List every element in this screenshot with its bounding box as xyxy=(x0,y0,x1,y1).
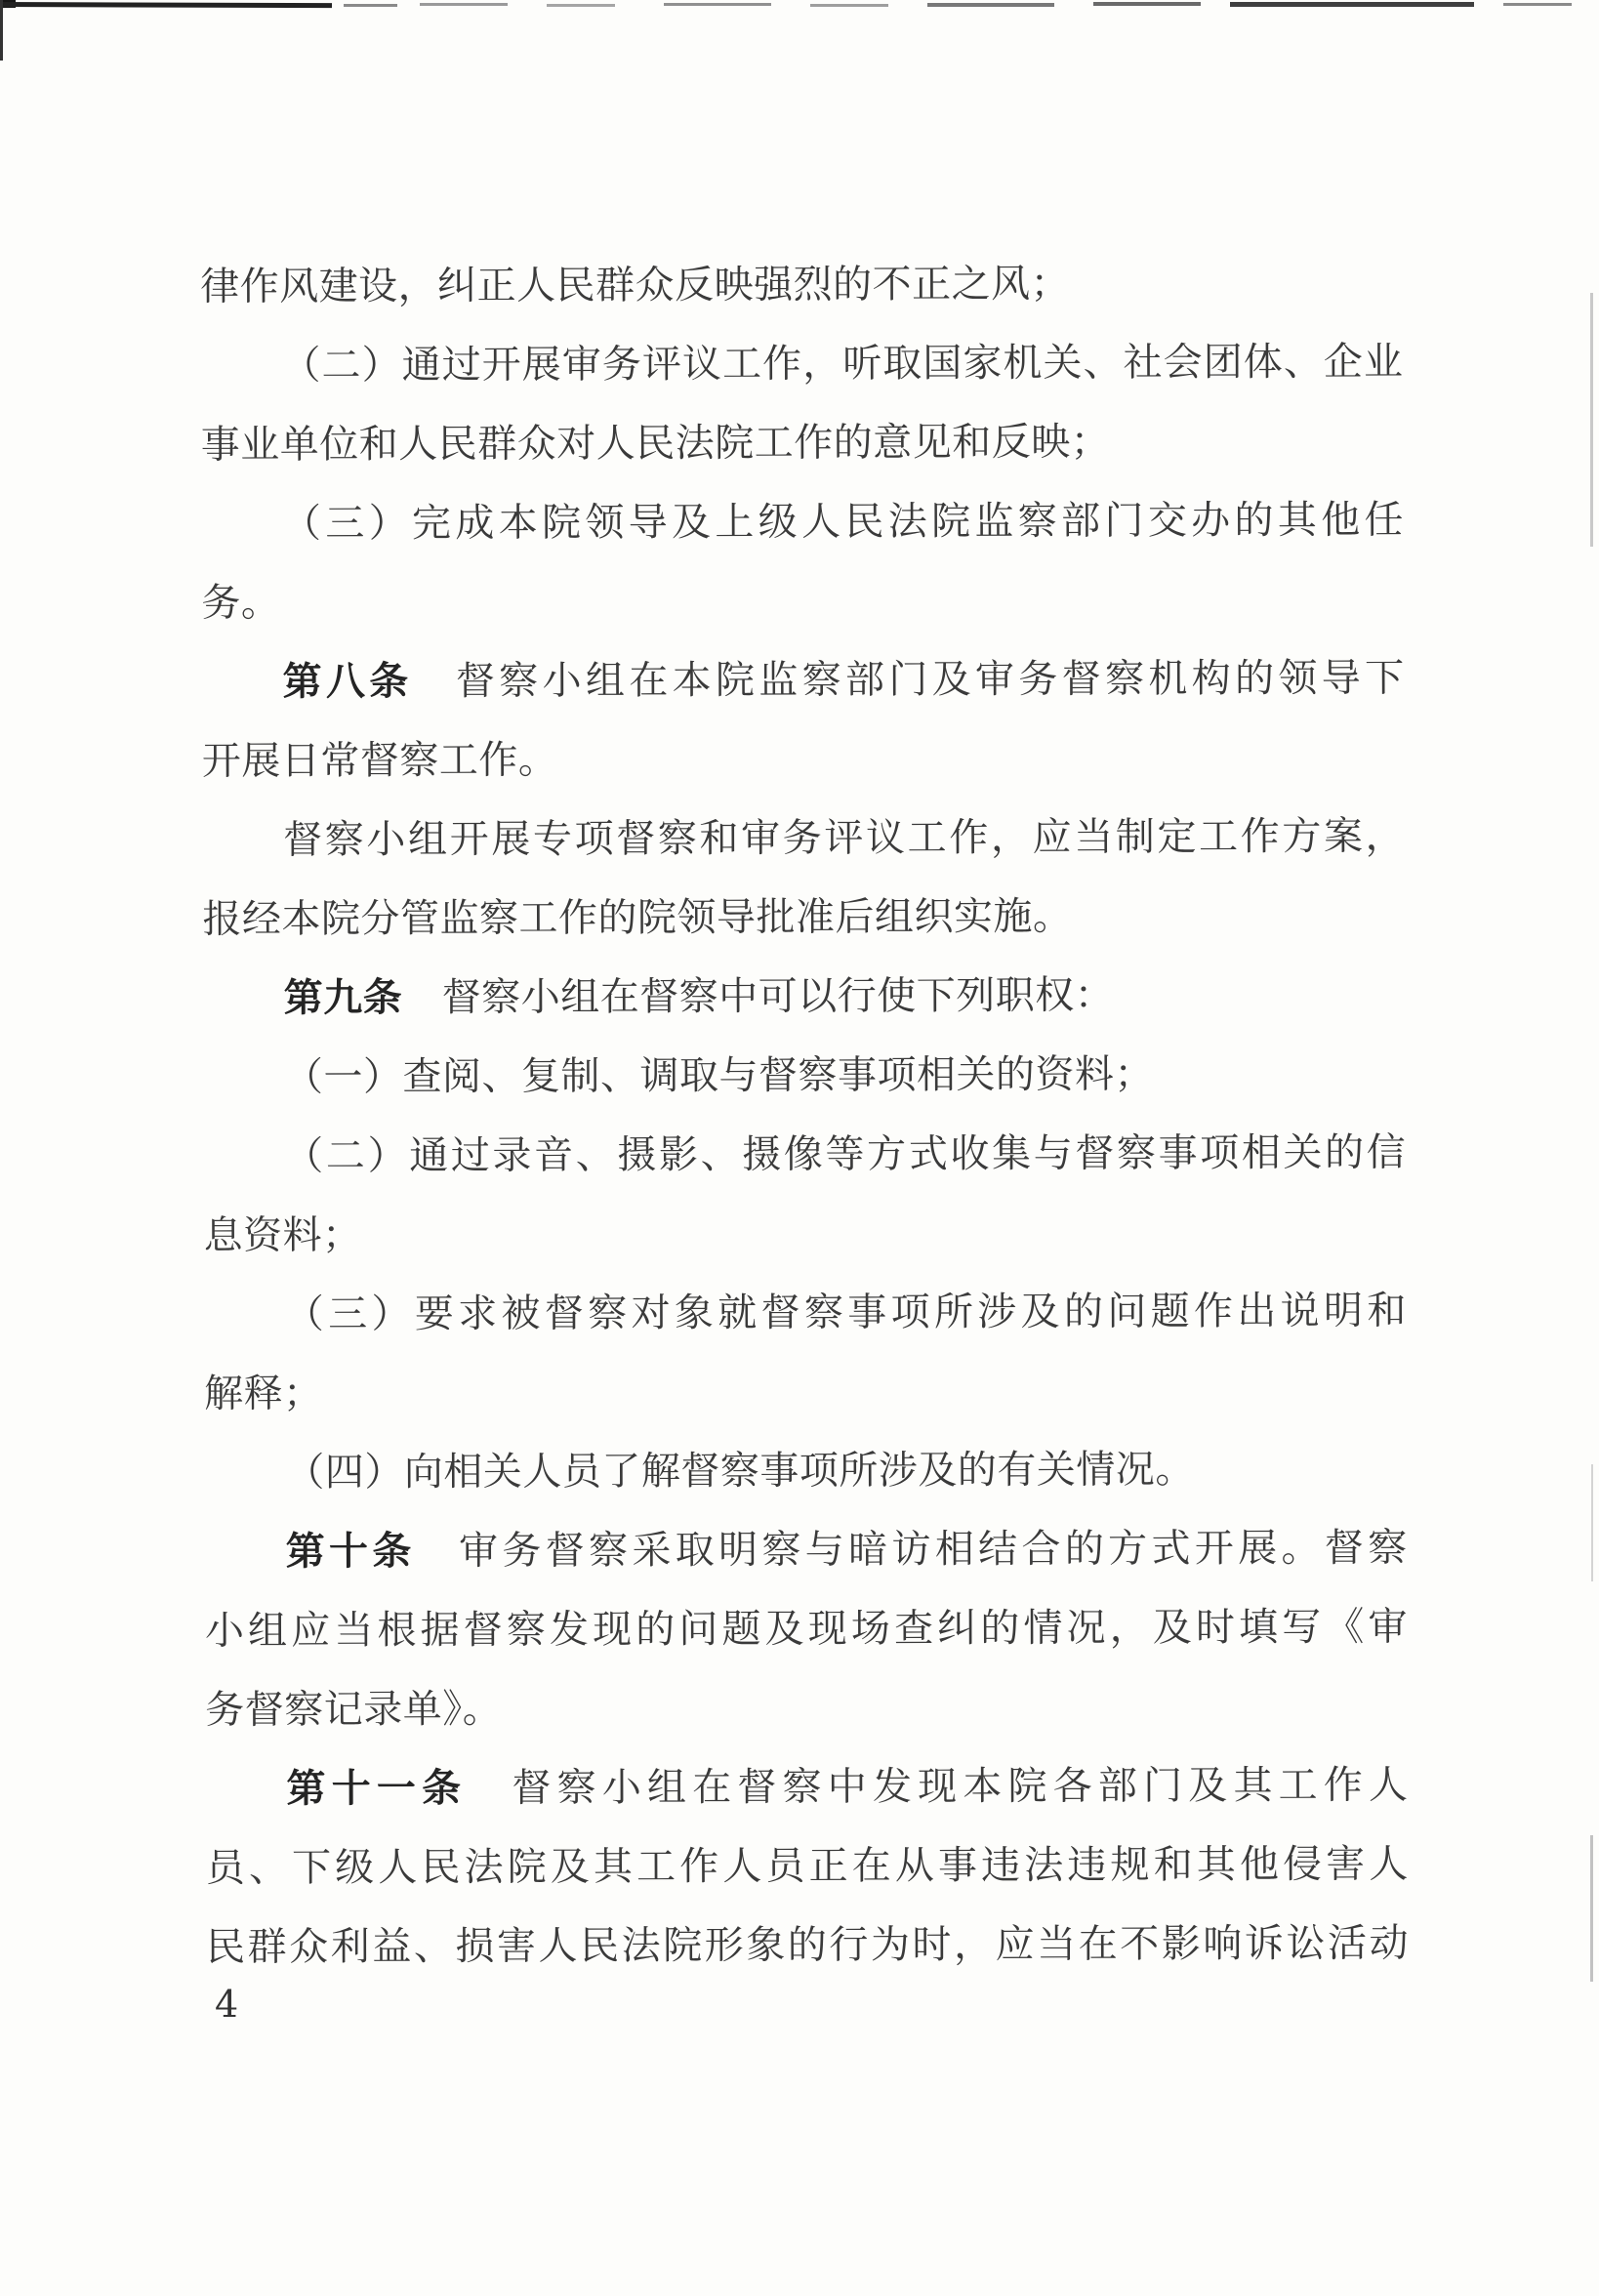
line-text: （二）通过开展审务评议工作，听取国家机关、社会团体、企业 xyxy=(281,340,1403,388)
line-text: 事业单位和人民群众对人民法院工作的意见和反映； xyxy=(201,420,1111,467)
text-line: （二）通过开展审务评议工作，听取国家机关、社会团体、企业 xyxy=(200,322,1403,405)
line-text: 小组应当根据督察发现的问题及现场查纠的情况，及时填写《审 xyxy=(205,1605,1408,1653)
article-number: 第八条 xyxy=(282,659,412,703)
line-text: （三）要求被督察对象就督察事项所涉及的问题作出说明和 xyxy=(285,1289,1407,1336)
line-text: 务。 xyxy=(201,581,280,625)
article-number: 第十条 xyxy=(286,1529,416,1573)
text-line: 解释； xyxy=(204,1350,1407,1433)
text-line: 第十一条 督察小组在督察中发现本院各部门及其工作人 xyxy=(205,1745,1408,1828)
text-line: 开展日常督察工作。 xyxy=(202,717,1405,800)
line-text: 督察小组在督察中发现本院各部门及其工作人 xyxy=(467,1763,1408,1810)
line-text: 督察小组在督察中可以行使下列职权： xyxy=(402,973,1114,1020)
scan-artifact-dash xyxy=(1230,2,1474,7)
scan-artifact-dash xyxy=(547,4,615,7)
article-number: 第九条 xyxy=(284,975,403,1019)
line-text: 解释； xyxy=(204,1372,323,1415)
text-line: 务。 xyxy=(201,559,1404,642)
text-line: 第八条 督察小组在本院监察部门及审务督察机构的领导下 xyxy=(201,638,1404,721)
scan-artifact-corner xyxy=(0,0,16,8)
text-line: （三）要求被督察对象就督察事项所涉及的问题作出说明和 xyxy=(204,1271,1407,1354)
text-line: 第九条 督察小组在督察中可以行使下列职权： xyxy=(203,955,1406,1038)
line-text: 督察小组开展专项督察和审务评议工作，应当制定工作方案， xyxy=(283,814,1405,862)
scan-artifact-right-edge xyxy=(1591,1464,1593,1581)
text-line: 报经本院分管监察工作的院领导批准后组织实施。 xyxy=(202,876,1405,959)
scan-artifact-dash xyxy=(1503,3,1572,6)
text-line: （三）完成本院领导及上级人民法院监察部门交办的其他任 xyxy=(201,480,1404,563)
scan-artifact-right-edge xyxy=(1590,293,1593,547)
line-text: 律作风建设，纠正人民群众反映强烈的不正之风； xyxy=(200,262,1070,308)
line-text: 督察小组在本院监察部门及审务督察机构的领导下 xyxy=(413,656,1405,704)
line-text: 务督察记录单》。 xyxy=(205,1687,502,1732)
text-line: 员、下级人民法院及其工作人员正在从事违法违规和其他侵害人 xyxy=(206,1824,1409,1907)
line-text: 员、下级人民法院及其工作人员正在从事违法违规和其他侵害人 xyxy=(206,1842,1409,1890)
line-text: 审务督察采取明察与暗访相结合的方式开展。督察 xyxy=(416,1526,1408,1574)
text-line: 息资料； xyxy=(203,1192,1406,1275)
text-line: （一）查阅、复制、调取与督察事项相关的资料； xyxy=(203,1034,1406,1117)
text-line: 民群众利益、损害人民法院形象的行为时，应当在不影响诉讼活动 xyxy=(206,1904,1409,1987)
text-line: （二）通过录音、摄影、摄像等方式收集与督察事项相关的信 xyxy=(203,1113,1406,1196)
line-text: （一）查阅、复制、调取与督察事项相关的资料； xyxy=(284,1052,1154,1099)
page-number: 4 xyxy=(215,1983,238,2026)
scan-artifact-left-edge xyxy=(0,0,3,61)
line-text: 民群众利益、损害人民法院形象的行为时，应当在不影响诉讼活动 xyxy=(206,1921,1409,1969)
line-text: 开展日常督察工作。 xyxy=(202,738,558,783)
text-line: 律作风建设，纠正人民群众反映强烈的不正之风； xyxy=(200,243,1403,326)
line-text: 息资料； xyxy=(203,1212,361,1257)
scan-artifact-dash xyxy=(344,4,397,7)
line-text: （二）通过录音、摄影、摄像等方式收集与督察事项相关的信 xyxy=(284,1130,1406,1178)
text-line: 第十条 审务督察采取明察与暗访相结合的方式开展。督察 xyxy=(205,1508,1408,1591)
text-line: （四）向相关人员了解督察事项所涉及的有关情况。 xyxy=(204,1429,1407,1512)
line-text: （四）向相关人员了解督察事项所涉及的有关情况。 xyxy=(285,1447,1195,1494)
article-number: 第十一条 xyxy=(286,1766,467,1811)
text-line: 督察小组开展专项督察和审务评议工作，应当制定工作方案， xyxy=(202,797,1405,880)
scan-artifact-dash xyxy=(1093,2,1201,6)
text-line: 务督察记录单》。 xyxy=(205,1666,1408,1749)
scan-artifact-right-edge xyxy=(1590,1835,1593,1982)
scan-artifact-dash xyxy=(810,4,888,7)
scan-artifact-dash xyxy=(420,3,508,6)
line-text: （三）完成本院领导及上级人民法院监察部门交办的其他任 xyxy=(282,498,1404,546)
document-body: 律作风建设，纠正人民群众反映强烈的不正之风； （二）通过开展审务评议工作，听取国… xyxy=(200,243,1409,1987)
line-text: 报经本院分管监察工作的院领导批准后组织实施。 xyxy=(202,894,1072,941)
scan-artifact-dash xyxy=(664,3,771,6)
scan-artifact-top-line xyxy=(0,2,332,8)
text-line: 事业单位和人民群众对人民法院工作的意见和反映； xyxy=(201,401,1404,484)
text-line: 小组应当根据督察发现的问题及现场查纠的情况，及时填写《审 xyxy=(205,1587,1408,1670)
scan-artifact-dash xyxy=(927,3,1054,7)
